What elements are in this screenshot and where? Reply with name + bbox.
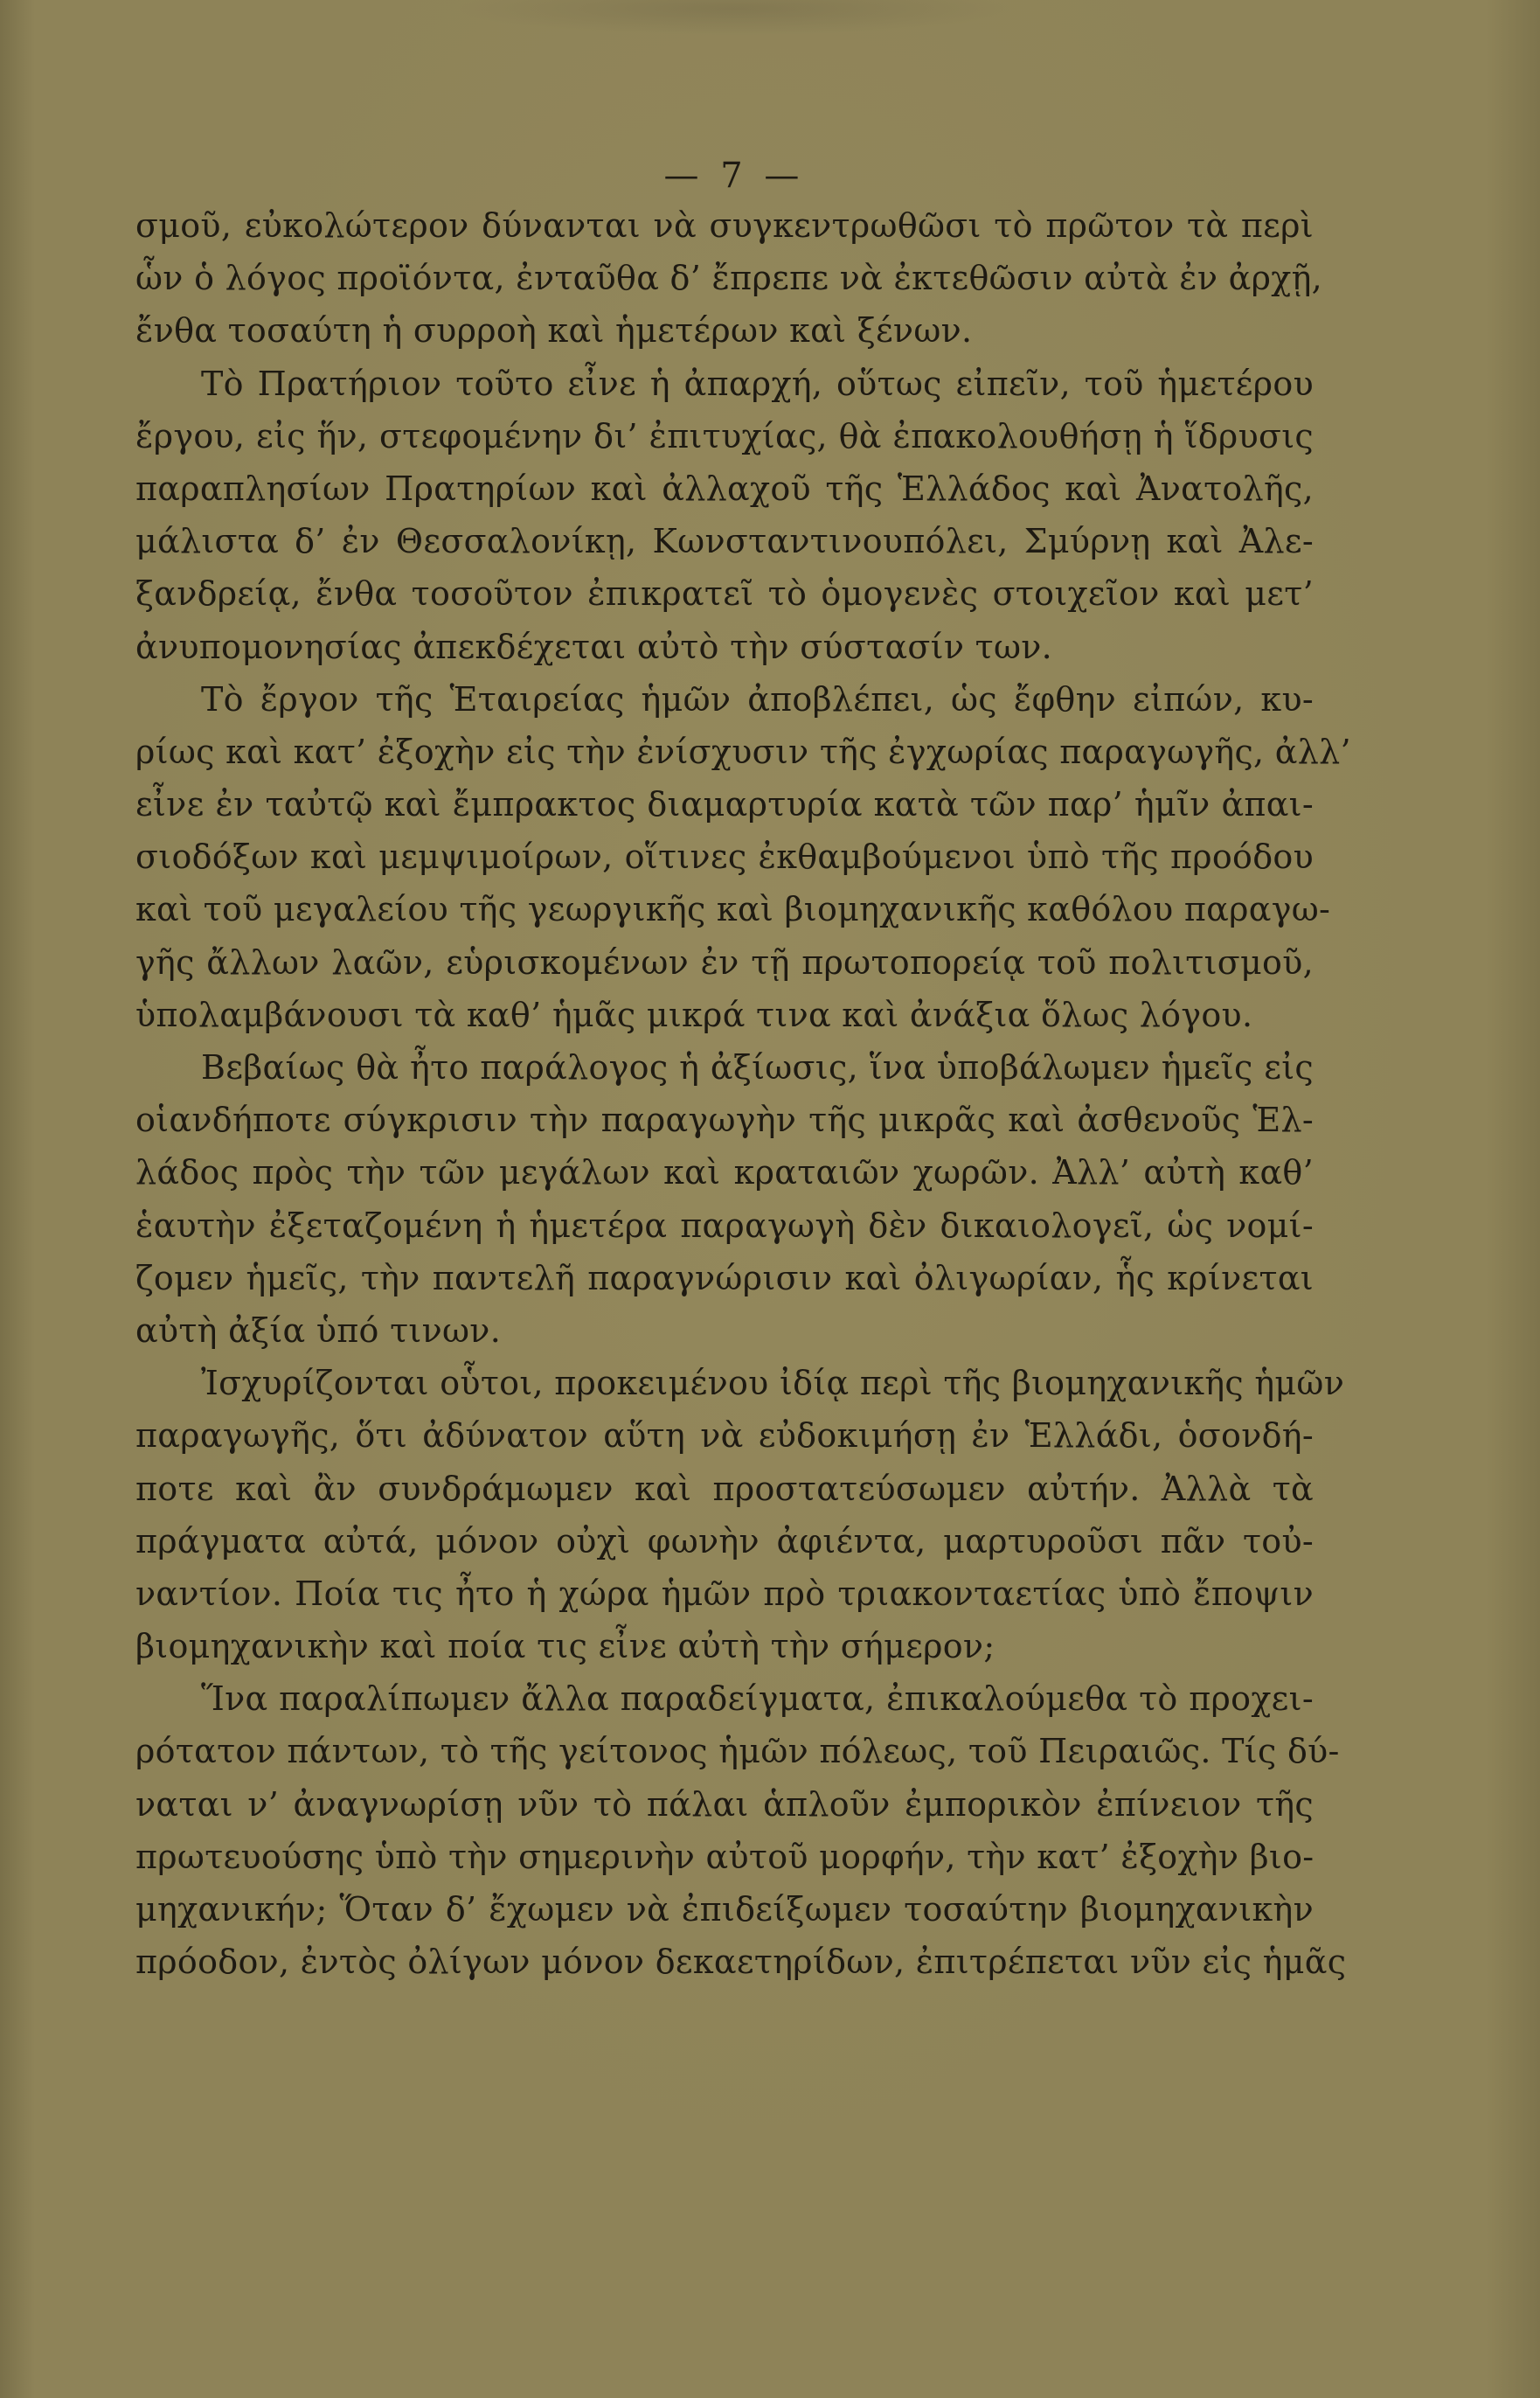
text-line: μηχανικήν; Ὅταν δ’ ἔχωμεν νὰ ἐπιδείξωμεν… — [135, 1883, 1314, 1936]
text-line: αὐτὴ ἀξία ὑπό τινων. — [135, 1304, 1314, 1357]
text-line: ἔργου, εἰς ἥν, στεφομένην δι’ ἐπιτυχίας,… — [135, 410, 1314, 462]
page-number: — 7 — — [0, 156, 1468, 196]
text-line: ὧν ὁ λόγος προϊόντα, ἐνταῦθα δ’ ἔπρεπε ν… — [135, 252, 1314, 304]
text-line: ρότατον πάντων, τὸ τῆς γείτονος ἡμῶν πόλ… — [135, 1725, 1314, 1777]
text-line: παραγωγῆς, ὅτι ἀδύνατον αὕτη νὰ εὐδοκιμή… — [135, 1409, 1314, 1462]
text-line: παραπλησίων Πρατηρίων καὶ ἀλλαχοῦ τῆς Ἑλ… — [135, 462, 1314, 515]
text-line: ρίως καὶ κατ’ ἐξοχὴν εἰς τὴν ἐνίσχυσιν τ… — [135, 726, 1314, 778]
text-line: ναντίον. Ποία τις ἦτο ἡ χώρα ἡμῶν πρὸ τρ… — [135, 1567, 1314, 1620]
text-line: Τὸ ἔργον τῆς Ἑταιρείας ἡμῶν ἀποβλέπει, ὡ… — [135, 673, 1314, 726]
text-line: εἶνε ἐν ταὐτῷ καὶ ἔμπρακτος διαμαρτυρία … — [135, 778, 1314, 831]
text-line: βιομηχανικὴν καὶ ποία τις εἶνε αὐτὴ τὴν … — [135, 1620, 1314, 1672]
text-line: ἔνθα τοσαύτη ἡ συρροὴ καὶ ἡμετέρων καὶ ξ… — [135, 304, 1314, 357]
text-line: Ἰσχυρίζονται οὗτοι, προκειμένου ἰδίᾳ περ… — [135, 1357, 1314, 1409]
text-line: καὶ τοῦ μεγαλείου τῆς γεωργικῆς καὶ βιομ… — [135, 883, 1314, 935]
text-line: οἱανδήποτε σύγκρισιν τὴν παραγωγὴν τῆς μ… — [135, 1094, 1314, 1146]
text-line: σιοδόξων καὶ μεμψιμοίρων, οἵτινες ἐκθαμβ… — [135, 831, 1314, 883]
text-line: πράγματα αὐτά, μόνον οὐχὶ φωνὴν ἀφιέντα,… — [135, 1515, 1314, 1567]
text-line: ἀνυπομονησίας ἀπεκδέχεται αὐτὸ τὴν σύστα… — [135, 621, 1314, 673]
text-line: γῆς ἄλλων λαῶν, εὑρισκομένων ἐν τῇ πρωτο… — [135, 936, 1314, 989]
text-line: πρόοδον, ἐντὸς ὀλίγων μόνον δεκαετηρίδων… — [135, 1936, 1314, 1988]
text-line: ξανδρείᾳ, ἔνθα τοσοῦτον ἐπικρατεῖ τὸ ὁμο… — [135, 567, 1314, 620]
text-line: πρωτευούσης ὑπὸ τὴν σημερινὴν αὐτοῦ μορφ… — [135, 1831, 1314, 1883]
text-line: ναται ν’ ἀναγνωρίσῃ νῦν τὸ πάλαι ἁπλοῦν … — [135, 1778, 1314, 1831]
text-line: ὑπολαμβάνουσι τὰ καθ’ ἡμᾶς μικρά τινα κα… — [135, 989, 1314, 1041]
paper-stain — [454, 0, 1014, 35]
text-line: ἑαυτὴν ἐξεταζομένη ἡ ἡμετέρα παραγωγὴ δὲ… — [135, 1199, 1314, 1252]
text-line: Τὸ Πρατήριον τοῦτο εἶνε ἡ ἀπαρχή, οὕτως … — [135, 358, 1314, 410]
text-line: Βεβαίως θὰ ἦτο παράλογος ἡ ἀξίωσις, ἵνα … — [135, 1041, 1314, 1094]
text-line: ζομεν ἡμεῖς, τὴν παντελῆ παραγνώρισιν κα… — [135, 1252, 1314, 1304]
text-line: λάδος πρὸς τὴν τῶν μεγάλων καὶ κραταιῶν … — [135, 1146, 1314, 1199]
text-line: Ἵνα παραλίπωμεν ἄλλα παραδείγματα, ἐπικα… — [135, 1672, 1314, 1725]
body-text: σμοῦ, εὐκολώτερον δύνανται νὰ συγκεντρωθ… — [135, 199, 1314, 1988]
text-line: μάλιστα δ’ ἐν Θεσσαλονίκῃ, Κωνσταντινουπ… — [135, 515, 1314, 567]
text-line: ποτε καὶ ἂν συνδράμωμεν καὶ προστατεύσωμ… — [135, 1463, 1314, 1515]
text-line: σμοῦ, εὐκολώτερον δύνανται νὰ συγκεντρωθ… — [135, 199, 1314, 252]
